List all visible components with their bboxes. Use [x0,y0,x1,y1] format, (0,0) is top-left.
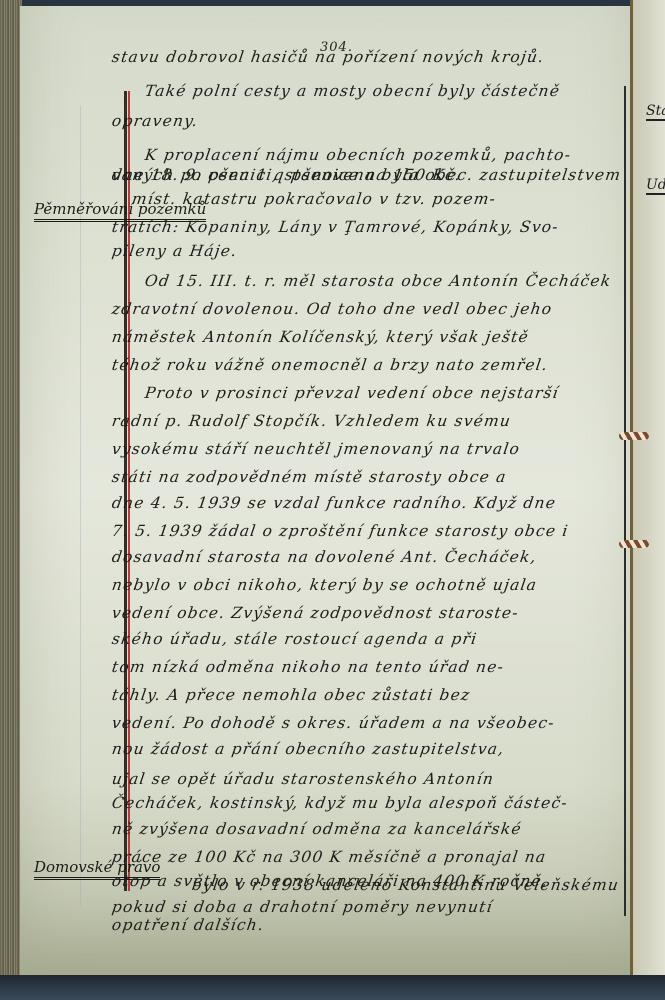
handwritten-line: vedení obce. Zvýšená zodpovědnost staros… [111,604,520,622]
handwritten-line: Proto v prosinci převzal vedení obce nej… [144,384,560,402]
handwritten-line: dne 18. 9. cena 1 q pšenice na 150 Kč. [111,166,463,184]
handwritten-line: táhly. A přece nemohla obec zůstati bez [111,686,472,704]
handwritten-line: dosavadní starosta na dovolené Ant. Čech… [111,548,538,566]
handwritten-line: práce ze 100 Kč na 300 K měsíčně a prona… [111,848,548,866]
handwritten-line: stavu dobrovol hasičů na pořízení nových… [111,48,546,66]
ledger-page: 304. stavu dobrovol hasičů na pořízení n… [20,6,640,976]
handwritten-line: nebylo v obci nikoho, který by se ochotn… [111,576,539,594]
handwritten-line: náměstek Antonín Kolíčenský, který však … [111,328,531,346]
faint-ruling [80,106,81,906]
handwritten-line: pileny a Háje. [111,242,239,260]
handwritten-line: státi na zodpovědném místě starosty obce… [111,468,508,486]
handwritten-line: ského úřadu, stále rostoucí agenda a při [111,630,479,648]
margin-heading: Domovské právo [34,858,160,880]
binding-thread [619,432,649,440]
handwritten-line: ujal se opět úřadu starostenského Antoní… [111,770,496,788]
margin-heading: Pěmněřování pozemků [34,200,206,222]
facing-page-edge [633,0,665,985]
handwritten-line: zdravotní dovolenou. Od toho dne vedl ob… [111,300,554,318]
handwritten-line: radní p. Rudolf Stopčík. Vzhledem ku své… [111,412,513,430]
facing-page-heading: Ude [646,177,665,195]
facing-page-heading: Sta [646,103,665,121]
handwritten-line: opraveny. [111,112,200,130]
handwritten-line: Také polní cesty a mosty obecní byly čás… [144,82,562,100]
handwritten-line: vedení. Po dohodě s okres. úřadem a na v… [111,714,556,732]
handwritten-line: tom nízká odměna nikoho na tento úřad ne… [111,658,506,676]
page-edges [0,0,22,985]
handwritten-line: Čecháček, kostinský, když mu byla alespo… [111,794,569,812]
handwritten-line: pokud si doba a drahotní poměry nevynutí [111,898,494,916]
handwritten-line: opatření dalších. [111,916,266,934]
handwritten-line: bylo v r. 1938 uděleno Konstantinu Veleň… [191,876,621,894]
handwritten-line: 7. 5. 1939 žádal o zproštění funkce star… [111,522,570,540]
handwritten-line: téhož roku vážně onemocněl a brzy nato z… [111,356,550,374]
handwritten-line: ně zvýšena dosavadní odměna za kancelářs… [111,820,523,838]
right-margin-rule [624,86,626,916]
table-surface [0,975,665,1000]
handwritten-line: nou žádost a přání obecního zastupitelst… [111,740,506,758]
handwritten-line: K proplacení nájmu obecních pozemků, pac… [144,146,573,164]
handwritten-line: dne 4. 5. 1939 se vzdal funkce radního. … [111,494,558,512]
handwritten-line: vysokému stáří neuchtěl jmenovaný na trv… [111,440,522,458]
binding-thread [619,540,649,548]
handwritten-line: Od 15. III. t. r. měl starosta obce Anto… [144,272,613,290]
